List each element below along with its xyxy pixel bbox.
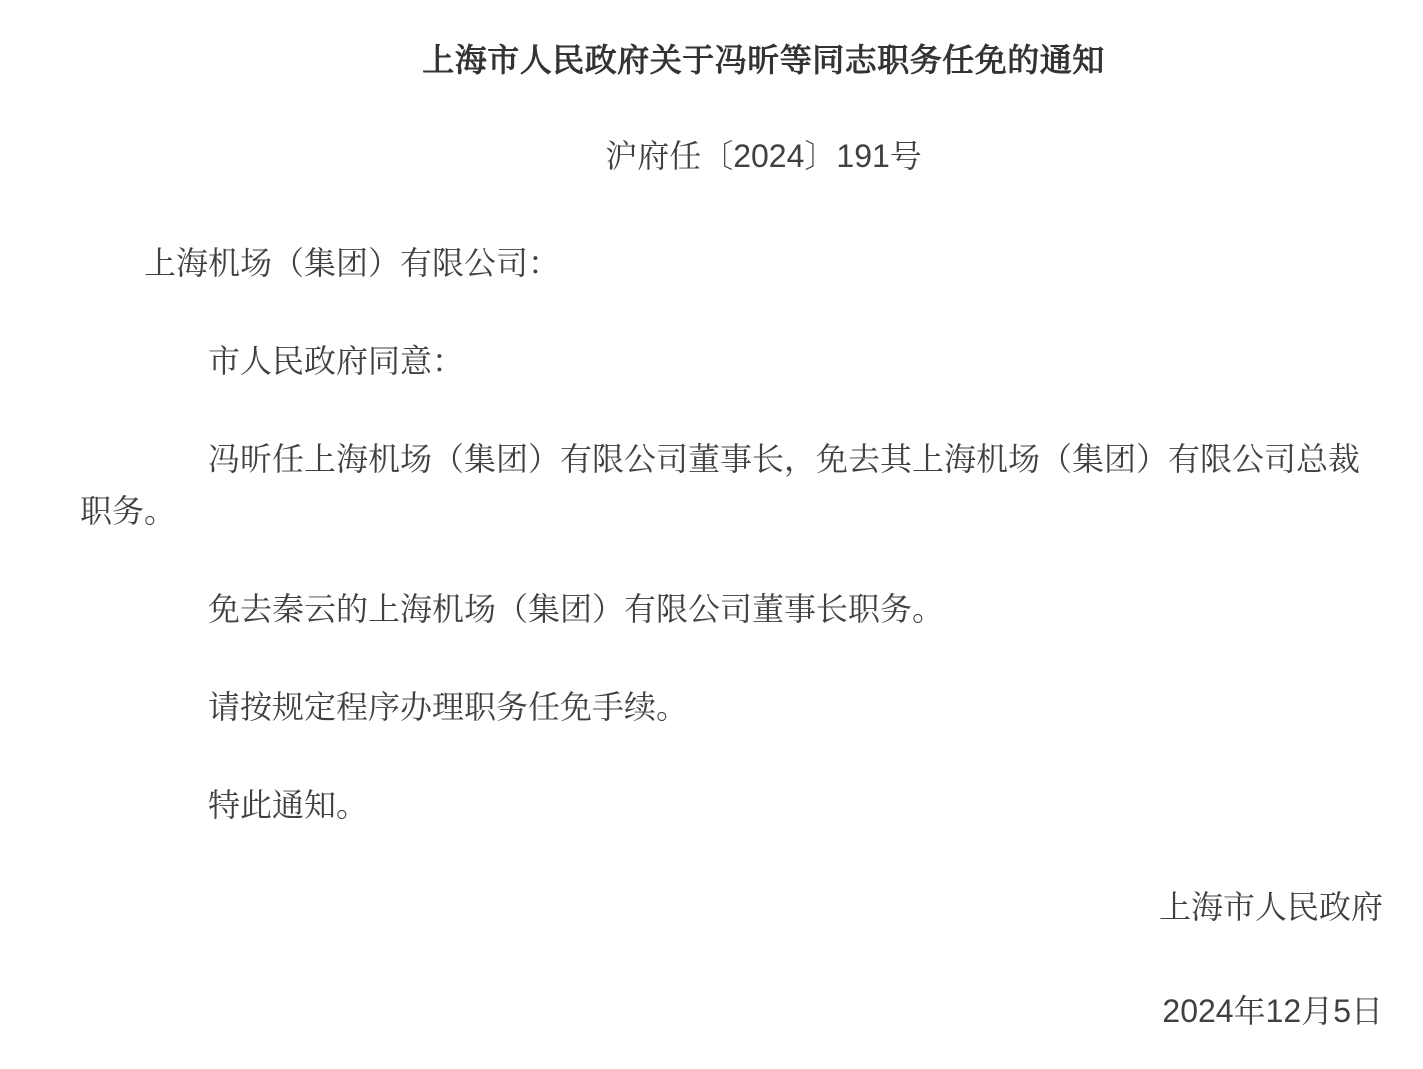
body-paragraph: 市人民政府同意： [80,335,1383,387]
document-title: 上海市人民政府关于冯昕等同志职务任免的通知 [80,40,1383,80]
body-paragraph: 请按规定程序办理职务任免手续。 [80,681,1383,733]
signature-block: 上海市人民政府 2024年12月5日 [80,881,1383,1037]
signature-authority: 上海市人民政府 [80,881,1383,933]
body-paragraph: 特此通知。 [80,779,1383,831]
body-paragraph: 免去秦云的上海机场（集团）有限公司董事长职务。 [80,583,1383,635]
signature-date: 2024年12月5日 [80,985,1383,1037]
document-number: 沪府任〔2024〕191号 [80,136,1383,176]
recipient-line: 上海机场（集团）有限公司： [80,237,1383,289]
body-paragraph: 冯昕任上海机场（集团）有限公司董事长，免去其上海机场（集团）有限公司总裁职务。 [80,433,1383,537]
document-page: 上海市人民政府关于冯昕等同志职务任免的通知 沪府任〔2024〕191号 上海机场… [0,0,1423,1069]
